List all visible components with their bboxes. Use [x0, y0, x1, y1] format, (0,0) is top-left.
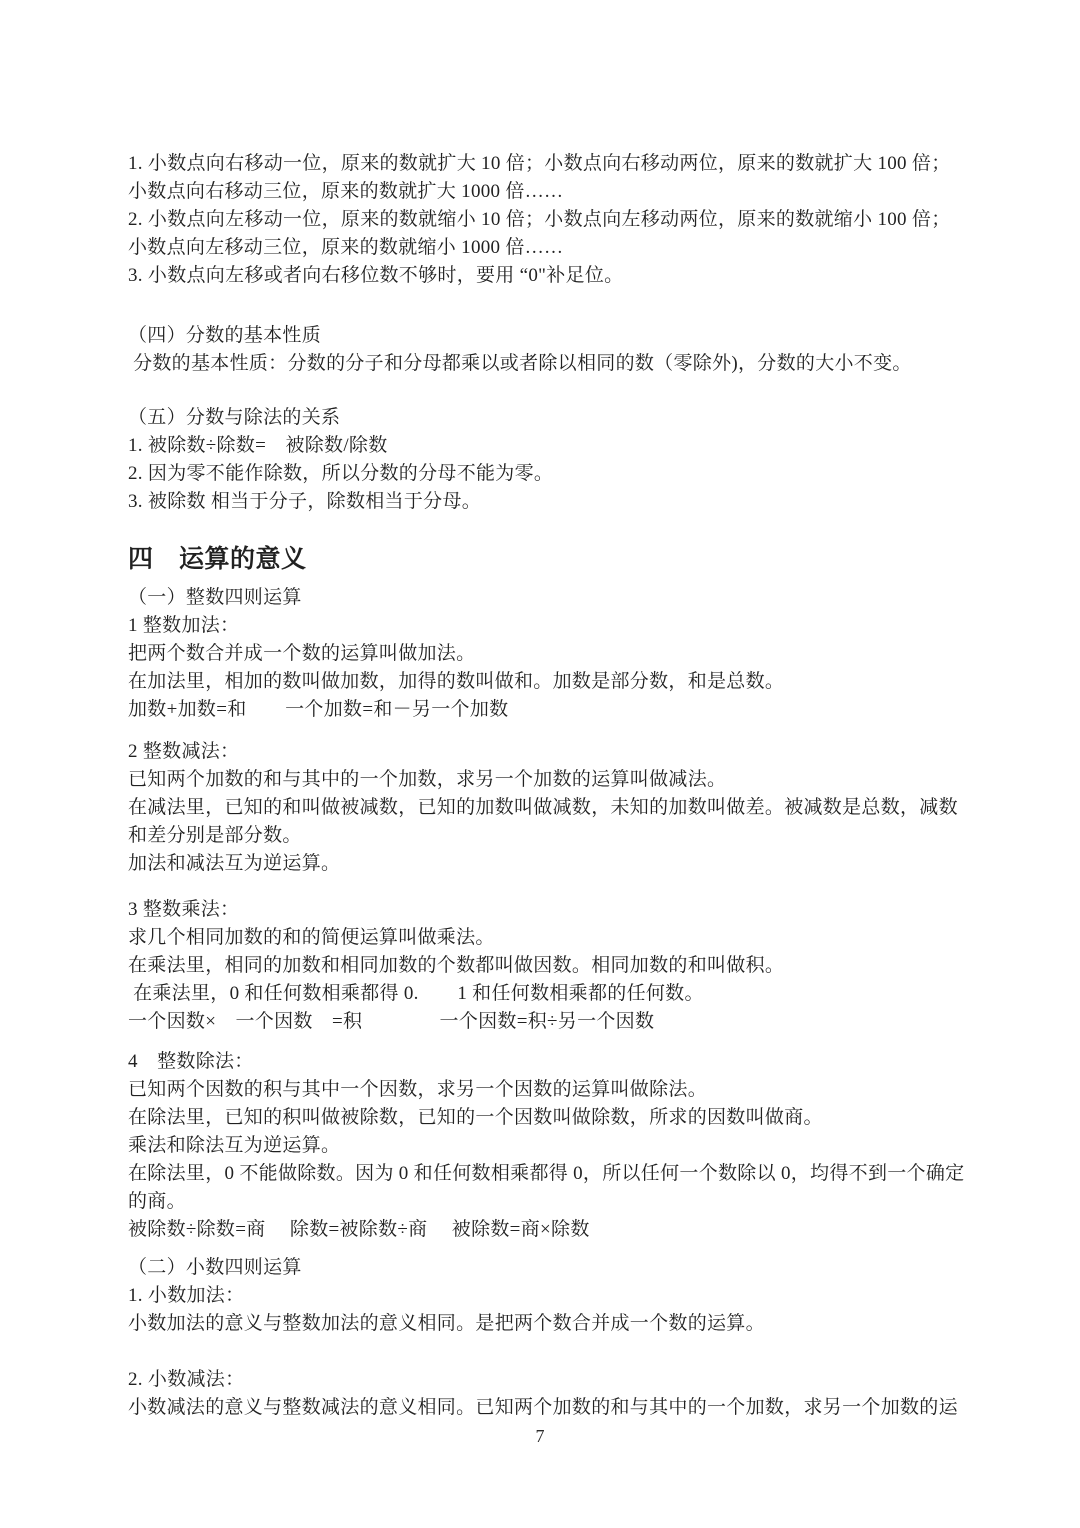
- text-line: 1. 小数点向右移动一位，原来的数就扩大 10 倍；小数点向右移动两位，原来的数…: [128, 150, 988, 178]
- text-line: 在除法里，0 不能做除数。因为 0 和任何数相乘都得 0，所以任何一个数除以 0…: [128, 1160, 988, 1188]
- text-line: 3. 小数点向左移或者向右移位数不够时，要用 “0"补足位。: [128, 262, 988, 290]
- block-spacer: [128, 878, 988, 896]
- text-line: （五）分数与除法的关系: [128, 404, 988, 432]
- text-line: 1. 小数加法：: [128, 1282, 988, 1310]
- para-integer-subtraction: 2 整数减法： 已知两个加数的和与其中的一个加数，求另一个加数的运算叫做减法。 …: [128, 738, 988, 878]
- text-line: 的商。: [128, 1188, 988, 1216]
- text-line: 在乘法里，0 和任何数相乘都得 0. 1 和任何数相乘都的任何数。: [128, 980, 988, 1008]
- text-line: 乘法和除法互为逆运算。: [128, 1132, 988, 1160]
- para-fraction-basic-property: （四）分数的基本性质 分数的基本性质：分数的分子和分母都乘以或者除以相同的数（零…: [128, 322, 988, 378]
- text-line: 小数点向左移动三位，原来的数就缩小 1000 倍……: [128, 234, 988, 262]
- block-spacer: [128, 1036, 988, 1048]
- para-decimal-subtraction: 2. 小数减法： 小数减法的意义与整数减法的意义相同。已知两个加数的和与其中的一…: [128, 1366, 988, 1422]
- text-line: 在乘法里，相同的加数和相同加数的个数都叫做因数。相同加数的和叫做积。: [128, 952, 988, 980]
- text-line: 小数减法的意义与整数减法的意义相同。已知两个加数的和与其中的一个加数，求另一个加…: [128, 1394, 988, 1422]
- para-decimal-addition: （二）小数四则运算 1. 小数加法： 小数加法的意义与整数加法的意义相同。是把两…: [128, 1254, 988, 1338]
- text-line: 在减法里，已知的和叫做被减数，已知的加数叫做减数，未知的加数叫做差。被减数是总数…: [128, 794, 988, 822]
- block-spacer: [128, 1244, 988, 1254]
- text-line: 和差分别是部分数。: [128, 822, 988, 850]
- text-line: 4 整数除法：: [128, 1048, 988, 1076]
- text-line: （一）整数四则运算: [128, 584, 988, 612]
- text-line: 已知两个因数的积与其中一个因数，求另一个因数的运算叫做除法。: [128, 1076, 988, 1104]
- block-spacer: [128, 516, 988, 540]
- text-line: 小数加法的意义与整数加法的意义相同。是把两个数合并成一个数的运算。: [128, 1310, 988, 1338]
- page-number: 7: [0, 1424, 1080, 1448]
- text-line: 把两个数合并成一个数的运算叫做加法。: [128, 640, 988, 668]
- text-line: （四）分数的基本性质: [128, 322, 988, 350]
- document-content: 1. 小数点向右移动一位，原来的数就扩大 10 倍；小数点向右移动两位，原来的数…: [128, 150, 988, 1422]
- text-line: 一个因数× 一个因数 =积 一个因数=积÷另一个因数: [128, 1008, 988, 1036]
- block-spacer: [128, 290, 988, 322]
- para-integer-division: 4 整数除法： 已知两个因数的积与其中一个因数，求另一个因数的运算叫做除法。 在…: [128, 1048, 988, 1244]
- text-line: 小数点向右移动三位，原来的数就扩大 1000 倍……: [128, 178, 988, 206]
- text-line: 1 整数加法：: [128, 612, 988, 640]
- document-page: 1. 小数点向右移动一位，原来的数就扩大 10 倍；小数点向右移动两位，原来的数…: [0, 0, 1080, 1528]
- text-line: 2. 因为零不能作除数，所以分数的分母不能为零。: [128, 460, 988, 488]
- text-line: 2. 小数减法：: [128, 1366, 988, 1394]
- text-line: 2 整数减法：: [128, 738, 988, 766]
- para-integer-addition: （一）整数四则运算 1 整数加法： 把两个数合并成一个数的运算叫做加法。 在加法…: [128, 584, 988, 724]
- text-line: 在除法里，已知的积叫做被除数，已知的一个因数叫做除数，所求的因数叫做商。: [128, 1104, 988, 1132]
- text-line: 3. 被除数 相当于分子，除数相当于分母。: [128, 488, 988, 516]
- block-spacer: [128, 1338, 988, 1366]
- text-line: 加数+加数=和 一个加数=和－另一个加数: [128, 696, 988, 724]
- para-integer-multiplication: 3 整数乘法： 求几个相同加数的和的简便运算叫做乘法。 在乘法里，相同的加数和相…: [128, 896, 988, 1036]
- text-line: 2. 小数点向左移动一位，原来的数就缩小 10 倍；小数点向左移动两位，原来的数…: [128, 206, 988, 234]
- text-line: 加法和减法互为逆运算。: [128, 850, 988, 878]
- text-line: 在加法里，相加的数叫做加数，加得的数叫做和。加数是部分数，和是总数。: [128, 668, 988, 696]
- text-line: 已知两个加数的和与其中的一个加数，求另一个加数的运算叫做减法。: [128, 766, 988, 794]
- text-line: 求几个相同加数的和的简便运算叫做乘法。: [128, 924, 988, 952]
- text-line: 1. 被除数÷除数= 被除数/除数: [128, 432, 988, 460]
- para-fraction-division-relation: （五）分数与除法的关系 1. 被除数÷除数= 被除数/除数 2. 因为零不能作除…: [128, 404, 988, 516]
- block-spacer: [128, 378, 988, 404]
- text-line: 分数的基本性质：分数的分子和分母都乘以或者除以相同的数（零除外)，分数的大小不变…: [128, 350, 988, 378]
- text-line: 被除数÷除数=商 除数=被除数÷商 被除数=商×除数: [128, 1216, 988, 1244]
- block-spacer: [128, 724, 988, 738]
- para-decimal-point-shift-rules: 1. 小数点向右移动一位，原来的数就扩大 10 倍；小数点向右移动两位，原来的数…: [128, 150, 988, 290]
- section-heading-operations-meaning: 四 运算的意义: [128, 540, 988, 580]
- text-line: 3 整数乘法：: [128, 896, 988, 924]
- text-line: （二）小数四则运算: [128, 1254, 988, 1282]
